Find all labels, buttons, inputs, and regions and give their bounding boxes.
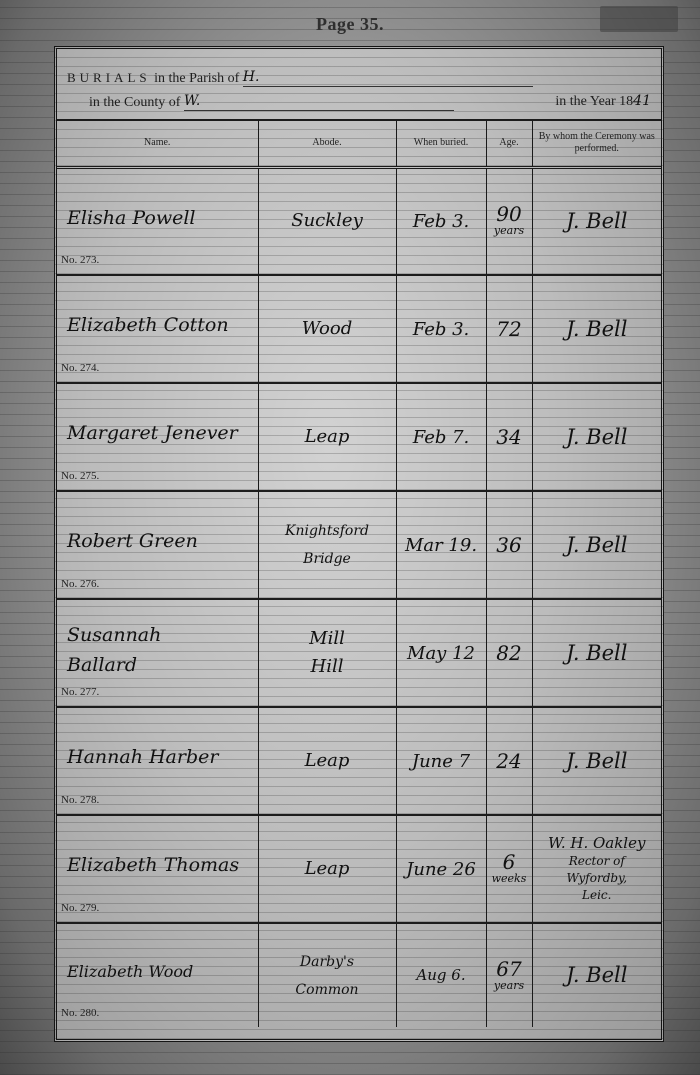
burials-heading: BURIALS [67, 70, 151, 85]
table-row: Margaret JeneverNo. 275. Leap Feb 7. 34 … [57, 383, 661, 491]
officiant-county: Leic. [533, 887, 662, 904]
parish-value: H. [243, 69, 260, 85]
year-line: in the Year 1841 [555, 93, 651, 110]
entry-name: Elizabeth Wood [67, 962, 193, 981]
entry-name: Elisha Powell [67, 207, 196, 229]
entry-burial-date: Feb 3. [413, 319, 470, 340]
parish-label: in the Parish of [154, 71, 239, 86]
entry-officiant: J. Bell [566, 533, 627, 557]
entry-abode: Wood [302, 318, 352, 339]
burial-register-sheet: BURIALS in the Parish of H. in the Count… [54, 46, 664, 1042]
entry-abode: Leap [305, 858, 350, 879]
table-row: Hannah HarberNo. 278. Leap June 7 24 J. … [57, 707, 661, 815]
table-row: Susannah BallardNo. 277. Mill Hill May 1… [57, 599, 661, 707]
burial-register-table: Name. Abode. When buried. Age. By whom t… [57, 121, 661, 1027]
entry-officiant: J. Bell [566, 317, 627, 341]
entry-age-unit: weeks [487, 872, 532, 886]
entry-burial-date: Aug 6. [416, 966, 465, 984]
entry-burial-date: June 7 [412, 751, 470, 772]
officiant-name: W. H. Oakley [548, 834, 645, 852]
entry-abode: Mill Hill [309, 628, 345, 677]
table-row: Robert GreenNo. 276. Knightsford Bridge … [57, 491, 661, 599]
entry-name: Margaret Jenever [67, 422, 238, 444]
entry-age: 67 [487, 959, 532, 979]
entry-abode: Suckley [291, 210, 363, 231]
entry-name: Susannah Ballard [67, 620, 161, 680]
table-row: Elizabeth WoodNo. 280. Darby's Common Au… [57, 923, 661, 1027]
entry-age-unit: years [487, 224, 532, 238]
entry-age: 24 [487, 751, 532, 771]
entry-abode: Leap [305, 750, 350, 771]
year-value: 41 [633, 93, 651, 109]
county-value: W. [184, 93, 200, 109]
entry-age: 36 [487, 535, 532, 555]
entry-abode: Leap [305, 426, 350, 447]
column-header-when-buried: When buried. [396, 121, 486, 167]
entry-number: No. 275. [61, 470, 99, 482]
entry-burial-date: Mar 19. [405, 535, 477, 556]
column-header-name: Name. [57, 121, 258, 167]
entry-number: No. 274. [61, 362, 99, 374]
entry-officiant: J. Bell [566, 209, 627, 233]
entry-age: 6 [487, 852, 532, 872]
entry-number: No. 278. [61, 794, 99, 806]
entry-officiant: J. Bell [566, 749, 627, 773]
year-label: in the Year 18 [555, 94, 633, 109]
column-header-age: Age. [486, 121, 532, 167]
column-header-abode: Abode. [258, 121, 396, 167]
entry-abode: Knightsford Bridge [285, 523, 369, 567]
entry-name: Elizabeth Thomas [67, 854, 239, 876]
entry-age: 82 [487, 643, 532, 663]
entry-number: No. 276. [61, 578, 99, 590]
parish-line: BURIALS in the Parish of H. [67, 69, 533, 87]
column-header-officiant: By whom the Ceremony was performed. [532, 121, 661, 167]
entry-number: No. 273. [61, 254, 99, 266]
entry-name: Robert Green [67, 530, 198, 552]
entry-age: 90 [487, 204, 532, 224]
entry-name: Hannah Harber [67, 746, 218, 768]
entry-number: No. 280. [61, 1007, 99, 1019]
officiant-parish: Wyfordby, [533, 870, 662, 887]
page-number-label: Page 35. [0, 14, 700, 35]
entry-name: Elizabeth Cotton [67, 314, 229, 336]
entry-burial-date: Feb 3. [413, 211, 470, 232]
county-label: in the County of [89, 95, 180, 110]
officiant-title: Rector of [533, 853, 662, 870]
corner-stamp [600, 6, 678, 32]
entry-burial-date: June 26 [406, 859, 476, 880]
entry-number: No. 277. [61, 686, 99, 698]
entry-officiant: J. Bell [566, 641, 627, 665]
county-line: in the County of W. [89, 93, 454, 111]
entry-officiant: W. H. OakleyRector ofWyfordby,Leic. [533, 834, 662, 904]
entry-age: 34 [487, 427, 532, 447]
entry-age-unit: years [487, 979, 532, 993]
register-title-block: BURIALS in the Parish of H. in the Count… [57, 49, 661, 121]
table-row: Elisha PowellNo. 273. Suckley Feb 3. 90y… [57, 167, 661, 275]
entry-officiant: J. Bell [566, 425, 627, 449]
entry-burial-date: May 12 [407, 643, 475, 664]
table-row: Elizabeth CottonNo. 274. Wood Feb 3. 72 … [57, 275, 661, 383]
entry-officiant: J. Bell [566, 963, 627, 987]
entry-number: No. 279. [61, 902, 99, 914]
table-header-row: Name. Abode. When buried. Age. By whom t… [57, 121, 661, 167]
entry-abode: Darby's Common [295, 954, 358, 998]
table-row: Elizabeth ThomasNo. 279. Leap June 26 6w… [57, 815, 661, 923]
entry-burial-date: Feb 7. [413, 427, 470, 448]
entry-age: 72 [487, 319, 532, 339]
